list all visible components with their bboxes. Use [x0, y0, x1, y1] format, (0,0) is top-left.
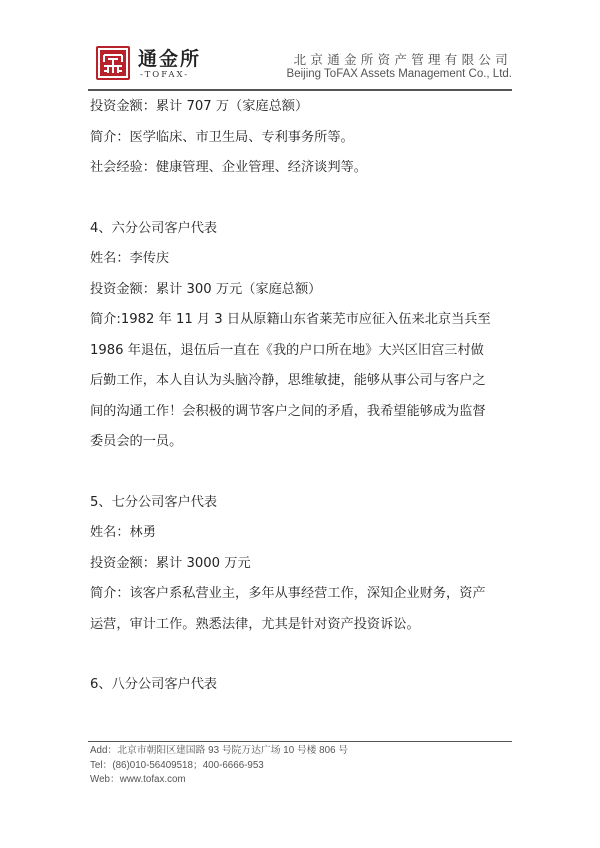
- name-line: 姓名：李传庆: [90, 249, 510, 280]
- footer-divider: [88, 741, 512, 742]
- intro-line: 简介：该客户系私营业主，多年从事经营工作，深知企业财务，资产: [90, 584, 510, 615]
- document-body: 投资金额：累计 707 万（家庭总额） 简介：医学临床、市卫生局、专利事务所等。…: [90, 97, 510, 706]
- footer-web: Web：www.tofax.com: [90, 773, 348, 788]
- logo-chinese: 通金所: [138, 44, 201, 71]
- investment-line: 投资金额：累计 3000 万元: [90, 554, 510, 585]
- section-title: 4、六分公司客户代表: [90, 219, 510, 250]
- intro-line: 间的沟通工作！会积极的调节客户之间的矛盾，我希望能够成为监督: [90, 402, 510, 433]
- experience-line: 社会经验：健康管理、企业管理、经济谈判等。: [90, 158, 510, 189]
- logo-seal-icon: [96, 46, 130, 80]
- footer: Add：北京市朝阳区建国路 93 号院万达广场 10 号楼 806 号 Tel：…: [90, 744, 348, 788]
- footer-address: Add：北京市朝阳区建国路 93 号院万达广场 10 号楼 806 号: [90, 744, 348, 759]
- intro-line: 后勤工作，本人自认为头脑冷静，思维敏捷，能够从事公司与客户之: [90, 371, 510, 402]
- letterhead: 通金所 -TOFAX- 北京通金所资产管理有限公司 Beijing ToFAX …: [88, 44, 512, 88]
- logo-english: -TOFAX-: [140, 70, 189, 80]
- footer-tel: Tel：(86)010-56409518；400-6666-953: [90, 759, 348, 774]
- section-title: 6、八分公司客户代表: [90, 675, 510, 706]
- company-name-en: Beijing ToFAX Assets Management Co., Ltd…: [287, 68, 512, 80]
- intro-line: 委员会的一员。: [90, 432, 510, 463]
- intro-line: 简介：医学临床、市卫生局、专利事务所等。: [90, 128, 510, 159]
- investment-line: 投资金额：累计 300 万元（家庭总额）: [90, 280, 510, 311]
- company-name-cn: 北京通金所资产管理有限公司: [294, 50, 512, 68]
- intro-line: 运营，审计工作。熟悉法律，尤其是针对资产投资诉讼。: [90, 615, 510, 646]
- section-title: 5、七分公司客户代表: [90, 493, 510, 524]
- intro-line: 简介:1982 年 11 月 3 日从原籍山东省莱芜市应征入伍来北京当兵至: [90, 310, 510, 341]
- header-divider: [88, 89, 512, 91]
- name-line: 姓名：林勇: [90, 523, 510, 554]
- intro-line: 1986 年退伍，退伍后一直在《我的户口所在地》大兴区旧宫三村做: [90, 341, 510, 372]
- investment-line: 投资金额：累计 707 万（家庭总额）: [90, 97, 510, 128]
